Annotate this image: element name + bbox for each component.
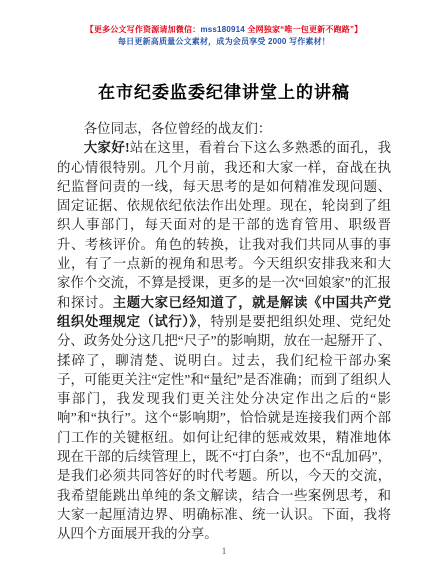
wechat-id: mss180914 [200, 25, 245, 34]
document-body: 各位同志，各位曾经的战友们：大家好!站在这里，看着台下这么多熟悉的面孔，我的心情… [57, 119, 391, 544]
body-text: ，特别是要把组织处理、党纪处分、政务处分这几把“尺子”的影响期，放在一起掰开了、… [57, 314, 391, 541]
document-title: 在市纪委监委纪律讲堂上的讲稿 [0, 78, 448, 103]
emphasized-text: 大家好! [84, 140, 130, 155]
ad-text-prefix: 【更多公文写作资源请加微信： [86, 25, 201, 34]
ad-banner: 【更多公文写作资源请加微信：mss180914 全网独家“唯一包更新不跑路”】 … [0, 0, 448, 48]
ad-banner-line-2: 每日更新高质量公文素材，成为会员享受 2000 写作素材！ [0, 36, 448, 48]
page-number: 1 [0, 546, 448, 556]
ad-banner-line-1: 【更多公文写作资源请加微信：mss180914 全网独家“唯一包更新不跑路”】 [0, 24, 448, 36]
body-text: 各位同志，各位曾经的战友们： [84, 121, 271, 136]
paragraph: 大家好!站在这里，看着台下这么多熟悉的面孔，我的心情很特别。几个月前，我还和大家… [57, 138, 391, 543]
document-page: 【更多公文写作资源请加微信：mss180914 全网独家“唯一包更新不跑路”】 … [0, 0, 448, 580]
paragraph: 各位同志，各位曾经的战友们： [57, 119, 391, 138]
body-text: 站在这里，看着台下这么多熟悉的面孔，我的心情很特别。几个月前，我还和大家一样，奋… [57, 140, 391, 309]
ad-text-suffix: 全网独家“唯一包更新不跑路”】 [245, 25, 362, 34]
